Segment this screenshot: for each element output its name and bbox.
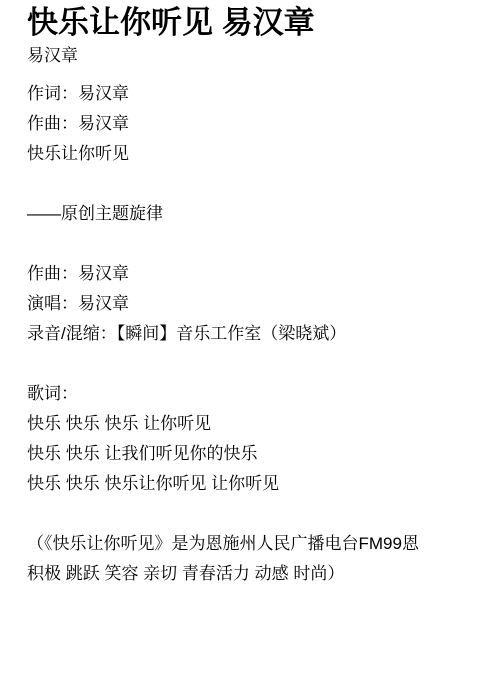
blank-line <box>27 349 500 379</box>
lyrics-heading: 歌词： <box>27 379 500 409</box>
blank-line <box>27 229 500 259</box>
lyrics-line: 快乐 快乐 快乐让你听见 让你听见 <box>27 469 500 499</box>
blank-line <box>27 499 500 529</box>
page-subtitle: 易汉章 <box>27 44 500 68</box>
document-page: 快乐让你听见 易汉章 易汉章 作词：易汉章 作曲：易汉章 快乐让你听见 ——原创… <box>0 0 500 700</box>
credit-line-composer-2: 作曲：易汉章 <box>27 259 500 289</box>
credit-line-singer: 演唱：易汉章 <box>27 289 500 319</box>
credit-line-recording: 录音/混缩：【瞬间】音乐工作室（梁晓斌） <box>27 319 500 349</box>
song-name-line: 快乐让你听见 <box>27 139 500 169</box>
theme-melody-line: ——原创主题旋律 <box>27 199 500 229</box>
lyrics-line: 快乐 快乐 让我们听见你的快乐 <box>27 439 500 469</box>
credit-line-lyricist: 作词：易汉章 <box>27 79 500 109</box>
credit-line-composer: 作曲：易汉章 <box>27 109 500 139</box>
page-title: 快乐让你听见 易汉章 <box>27 2 500 44</box>
note-line: 积极 跳跃 笑容 亲切 青春活力 动感 时尚） <box>27 559 500 589</box>
lyrics-line: 快乐 快乐 快乐 让你听见 <box>27 409 500 439</box>
blank-line <box>27 169 500 199</box>
body-text-block: 作词：易汉章 作曲：易汉章 快乐让你听见 ——原创主题旋律 作曲：易汉章 演唱：… <box>27 79 500 589</box>
note-line-clipped: （《快乐让你听见》是为恩施州人民广播电台FM99恩 <box>27 529 500 559</box>
